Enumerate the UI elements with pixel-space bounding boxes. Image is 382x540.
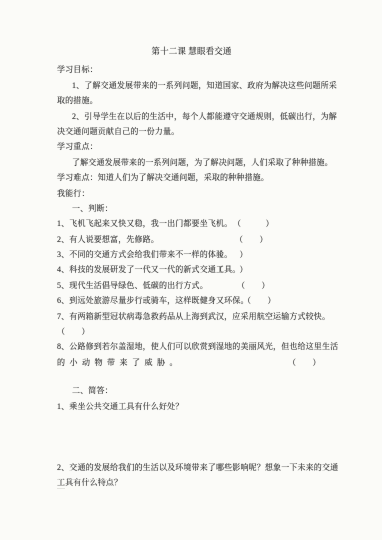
key-point-text: 了解交通发展带来的一系列问题，为了解决问题，人们采取了种种措施。 bbox=[57, 155, 326, 170]
answer-bracket: （ ） bbox=[57, 327, 90, 336]
qa-question-1: 1、乘坐公共交通工具有什么好处？ bbox=[57, 399, 326, 414]
judgment-text: 1、飞机飞起来又快又稳，我一出门都要坐飞机。 bbox=[57, 219, 232, 228]
worksheet-page: 第十二课 慧眼看交通 学习目标： 1、了解交通发展带来的一系列问题，知道国家、政… bbox=[0, 0, 382, 540]
judgment-text-continued: 的小动物带来了威胁。 bbox=[57, 358, 182, 367]
qa-question-2-line-1: 2、交通的发展给我们的生活以及环境带来了哪些影响呢？想象一下未来的交通 bbox=[57, 460, 326, 475]
qa-question-2-line-2: 工具有什么特点？ bbox=[57, 475, 326, 490]
judgment-item-8-line-2: 的小动物带来了威胁。 （ ） bbox=[57, 355, 326, 370]
judgment-text: 6、到远处旅游尽量步行或骑车，这样既健身又环保。 bbox=[57, 296, 249, 305]
key-point-label: 学习重点： bbox=[57, 139, 326, 154]
judgment-text: 3、不同的交通方式会给我们带来不一样的体验。 bbox=[57, 250, 232, 259]
judgment-item-1: 1、飞机飞起来又快又稳，我一出门都要坐飞机。 （ ） bbox=[57, 216, 326, 231]
objective-1-line-2: 取的措施。 bbox=[57, 93, 326, 108]
judgment-text: 7、有两箱新型冠状病毒急救药品从上海到武汉，应采用航空运输方式较快。 bbox=[57, 312, 330, 321]
page-title: 第十二课 慧眼看交通 bbox=[57, 44, 326, 59]
judgment-item-7-bracket-line: （ ） bbox=[57, 324, 326, 339]
answer-bracket: （ ） bbox=[235, 232, 268, 247]
judgment-item-2: 2、有人说要想富，先修路。 （ ） bbox=[57, 232, 326, 247]
objectives-label: 学习目标： bbox=[57, 62, 326, 77]
judgment-text: 8、公路修到若尔盖湿地，使人们可以欣赏到湿地的美丽风光，但也给这里生活 bbox=[57, 342, 338, 351]
judgment-item-3: 3、不同的交通方式会给我们带来不一样的体验。 （ ） bbox=[57, 247, 326, 262]
difficulty-text: 学习难点：知道人们为了解决交通问题，采取的种种措施。 bbox=[57, 170, 326, 185]
answer-bracket: （ ） bbox=[215, 262, 248, 277]
judgment-item-7: 7、有两箱新型冠状病毒急救药品从上海到武汉，应采用航空运输方式较快。 bbox=[57, 309, 326, 324]
answer-bracket: （ ） bbox=[243, 293, 276, 308]
objective-1-line-1: 1、了解交通发展带来的一系列问题，知道国家、政府为解决这些问题所采 bbox=[57, 78, 326, 93]
judgment-text: 2、有人说要想富，先修路。 bbox=[57, 235, 159, 244]
objective-2-line-2: 决交通问题贡献自己的一份力量。 bbox=[57, 124, 326, 139]
answer-bracket: （ ） bbox=[237, 278, 270, 293]
judgment-text: 5、现代生活倡导绿色、低碳的出行方式。 bbox=[57, 281, 208, 290]
judgment-item-5: 5、现代生活倡导绿色、低碳的出行方式。 （ ） bbox=[57, 278, 326, 293]
answer-bracket: （ ） bbox=[233, 216, 274, 231]
scan-artifact-dots bbox=[57, 479, 113, 480]
judgment-text: 4、科技的发展研发了一代又一代的新式交通工具。 bbox=[57, 265, 240, 274]
qa-section-heading: 二、简答： bbox=[57, 383, 326, 398]
answer-bracket: （ ） bbox=[215, 247, 248, 262]
i-can-label: 我能行： bbox=[57, 186, 326, 201]
judgment-item-8: 8、公路修到若尔盖湿地，使人们可以欣赏到湿地的美丽风光，但也给这里生活 bbox=[57, 339, 326, 354]
answer-bracket: （ ） bbox=[288, 355, 321, 370]
scan-artifact-dash bbox=[57, 488, 65, 489]
judgment-item-4: 4、科技的发展研发了一代又一代的新式交通工具。 （ ） bbox=[57, 262, 326, 277]
judge-section-heading: 一、判断： bbox=[57, 201, 326, 216]
objective-2-line-1: 2、引导学生在以后的生活中，每个人都能遵守交通规则，低碳出行，为解 bbox=[57, 109, 326, 124]
judgment-item-6: 6、到远处旅游尽量步行或骑车，这样既健身又环保。 （ ） bbox=[57, 293, 326, 308]
